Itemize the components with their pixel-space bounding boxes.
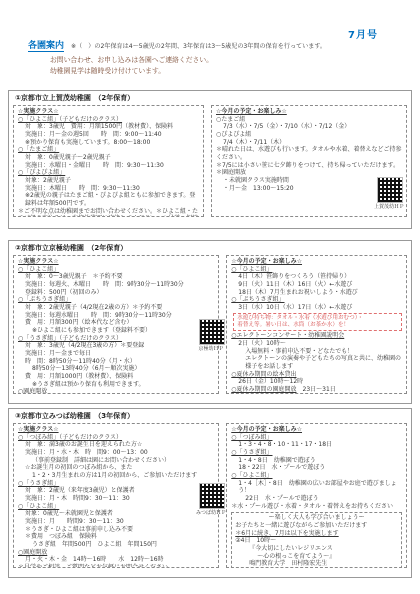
text-line: エレクトーンの演奏や子どもたちの写真と共に、幼稚園の様子をお話します bbox=[231, 355, 402, 370]
text-line: 8時50分～13時40分（6月～順次実施） bbox=[18, 365, 214, 373]
classes-box: ☆実施クラス☆○「ひよこ組」対 象：0～3歳児親子 ＊予約不要実施日：毎週火、木… bbox=[13, 255, 219, 394]
text-line: ＊水・プール遊び・水着・タオル・着替えをお持ちください bbox=[231, 503, 402, 511]
schedule-box: ☆今月の予定・お楽しみ☆○「ひよこ組」4日（木）笹飾りをつくろう（笹持帰り）9日… bbox=[226, 255, 407, 394]
qr-label: みつば幼ＨＰ bbox=[191, 509, 231, 516]
text-line: 4日（木）笹飾りをつくろう（笹持帰り） bbox=[231, 273, 402, 281]
section-mitsuba-kindergarten: ③京都市立みつば幼稚園 （3年保育） ☆実施クラス☆○「つぼみ組」（子どもだけの… bbox=[8, 408, 412, 578]
section-title: ①京都市立上賀茂幼稚園 （2年保育） bbox=[15, 93, 407, 103]
text-line: 対 象：2歳児（来年度3歳児）と保護者 bbox=[18, 487, 214, 495]
adult-learning-box: ー楽しく大人も学び合いましょうーお子たちと一緒に遊びながらご参加いただけます＊6… bbox=[231, 512, 402, 568]
text-line: 1・2・3月生まれの方は1月の初回から、ご参加いただけます bbox=[18, 472, 214, 480]
text-line: 1・3・4・8・10・11・17・18日 bbox=[231, 441, 402, 449]
text-line: ○「ぴよぴよ組」 bbox=[18, 169, 199, 177]
text-line: ○夏休み期間の園庭開放 23日～31日 bbox=[231, 386, 402, 394]
text-heading: ○夏休み期間の園庭開放 bbox=[231, 386, 296, 393]
text-line: 実施日：月・水・木 時 間9：00～13：00 bbox=[18, 449, 214, 457]
text-line: 2日（火）10時～ bbox=[231, 340, 402, 348]
text-line: 実施日：月～金まで毎日 bbox=[18, 350, 214, 358]
classes-box: ☆実施クラス☆○「つぼみ組」（子どもだけのクラス）対 象：満3歳のお誕生日を迎え… bbox=[13, 423, 219, 568]
text-line: ○「ぷちうさぎ組」 bbox=[18, 296, 214, 304]
text-line: ☆今月の予定・お楽しみ☆ bbox=[231, 258, 402, 266]
text-line: ○「つぼみ組」 bbox=[231, 434, 402, 442]
text-line: 実施日：毎週火、木曜日 時 間：9時30分～11時30分 bbox=[18, 281, 214, 289]
contact-line: 幼稚園見学は随時受け付けています。 bbox=[50, 66, 213, 77]
text-line: ＊園庭開放 bbox=[216, 169, 402, 177]
text-line: ＊費用 つぼみ組 保険料 bbox=[18, 533, 214, 541]
header-note: ※（ ）の2年保育は4～5歳児の2年間、3年保育は3～5歳児の3年間の保育を行っ… bbox=[71, 41, 326, 50]
text-line: 実施日：月～金の週5回 時 間：9:00～11:40 bbox=[18, 131, 199, 139]
text-line: ＊見学やご相談、ご質問などお気軽にお問合せください。 bbox=[18, 564, 214, 568]
text-line: ○園庭開放 bbox=[18, 388, 214, 394]
qr-code-icon bbox=[199, 319, 225, 345]
text-line: 対 象：2歳児親子（4/2現在2歳の方）＊予約不要 bbox=[18, 304, 214, 312]
text-line: 3日（水）10日（水）17日（水）←水遊び bbox=[231, 304, 402, 312]
section-title: ③京都市立みつば幼稚園 （3年保育） bbox=[15, 411, 407, 421]
page-title: 各園案内 bbox=[28, 38, 64, 52]
text-line: ・月～金 13:00～15:20 bbox=[216, 185, 402, 193]
header: 各園案内 ※（ ）の2年保育は4～5歳児の2年間、3年保育は3～5歳児の3年間の… bbox=[28, 38, 408, 52]
text-line: 7/3（水）・7/5（金）・7/10（水）・7/12（金） bbox=[216, 123, 402, 131]
qr-code-icon bbox=[377, 177, 403, 203]
text-line: ○「ひよこ組」 bbox=[231, 472, 402, 480]
text-line: 対象：2歳児親子 bbox=[18, 177, 199, 185]
text-line: ☆今月の予定・お楽しみ☆ bbox=[216, 108, 402, 116]
contact-note: お問い合わせ、お申し込みは各園へご連絡ください。 幼稚園見学は随時受け付けていま… bbox=[50, 55, 213, 76]
text-line: ・未就園クラス実施時間 bbox=[216, 177, 402, 185]
text-line: 費 用：月額1000円（教材費）、保険料 bbox=[18, 373, 214, 381]
text-line: 実施日：月・木 時間9：30～11：30 bbox=[18, 495, 214, 503]
text-line: ー楽しく大人も学び合いましょうー bbox=[235, 514, 398, 522]
schedule-main: ☆今月の予定・お楽しみ☆○「つぼみ組」1・3・4・8・10・11・17・18日○… bbox=[231, 426, 402, 510]
text-line: ※ひよこ組にも参加できます（登録料不要） bbox=[18, 327, 214, 335]
text-line: 鳴門教育大学 田村隆宏先生 bbox=[235, 560, 398, 568]
qr-label: 上賀茂幼ＨＰ bbox=[369, 203, 409, 210]
text-line: うさぎ組 年間500円 ひよこ組 年間150円 bbox=[18, 541, 214, 549]
text-line: 対 象：0歳児親子～2歳児親子 bbox=[18, 154, 199, 162]
text-line: 対 象：0～3歳児親子 ＊予約不要 bbox=[18, 273, 214, 281]
text-line: ☆実施クラス☆ bbox=[18, 426, 214, 434]
qr-label: 京極幼ＨＰ bbox=[191, 345, 231, 352]
qr-code-icon bbox=[199, 483, 225, 509]
text-line: 26日（金）10時～12時 bbox=[231, 378, 402, 386]
section-columns: ☆実施クラス☆○「ひよこ組」（子どもだけのクラス）対 象：3歳児 費用：月額15… bbox=[13, 105, 407, 217]
text-line: 『今大切にしたいレジリエンス bbox=[235, 545, 398, 553]
section-title: ②京都市立京極幼稚園 （2年保育） bbox=[15, 243, 407, 253]
text-line: ○「うさぎ組」 bbox=[231, 449, 402, 457]
classes-box: ☆実施クラス☆○「ひよこ組」（子どもだけのクラス）対 象：3歳児 費用：月額15… bbox=[13, 105, 204, 217]
pool-supplies-note: 水遊び持ち物：タオル・水着（水遊び用おむつ）・ 着替え等。暑い日は、水筒（お茶か… bbox=[233, 313, 402, 332]
text-line: 1・4［木］・8日 幼稚園の広いお部屋やお庭で遊びましょう！ bbox=[231, 480, 402, 495]
text-line: ＊晴れた日は、水遊びも行います。タオルや水着、着替えなどご持参ください。 bbox=[216, 146, 402, 161]
text-line: 月・火・木・金 14時～16時 水 12時～16時 bbox=[18, 556, 214, 564]
text-line: ○「ぷちうさぎ組」 bbox=[231, 296, 402, 304]
text-line: ☆実施クラス☆ bbox=[18, 108, 199, 116]
contact-line: お問い合わせ、お申し込みは各園へご連絡ください。 bbox=[50, 55, 213, 66]
text-line: 対 象：3歳児（4/2現在3歳の方）＊要登録 bbox=[18, 342, 214, 350]
text-line: ※うさぎ組は預かり保育も利用できます。 bbox=[18, 381, 214, 389]
schedule-box: ☆今月の予定・お楽しみ☆○「つぼみ組」1・3・4・8・10・11・17・18日○… bbox=[226, 423, 407, 568]
text-line: ○ぴよぴよ組 bbox=[216, 131, 402, 139]
text-line: ☆今月の予定・お楽しみ☆ bbox=[231, 426, 402, 434]
text-line: ○エレクトーンコンサート・幼稚園説明会 bbox=[231, 332, 402, 340]
section-kamigamo-kindergarten: ①京都市立上賀茂幼稚園 （2年保育） ☆実施クラス☆○「ひよこ組」（子どもだけの… bbox=[8, 90, 412, 229]
text-line: 対象：0歳児～未就園児と保護者 bbox=[18, 510, 214, 518]
text-line: ＊ご不明な点は幼稚園までお問い合わせください。＊ひよこ組・たまご組の申込みは、直… bbox=[18, 208, 199, 217]
text-line: 9日（火）11日（木）16日（火）←水遊び bbox=[231, 281, 402, 289]
text-line: ☆お誕生月の初回のつぼみ組から、また bbox=[18, 464, 214, 472]
section-kyogoku-kindergarten: ②京都市立京極幼稚園 （2年保育） ☆実施クラス☆○「ひよこ組」対 象：0～3歳… bbox=[8, 240, 412, 404]
text-line: 対 象：3歳児 費用：月額1500円（教材費）、保険料 bbox=[18, 123, 199, 131]
text-line: 18・22日 水・プールで遊ぼう bbox=[231, 464, 402, 472]
text-line: ☆実施クラス☆ bbox=[18, 258, 214, 266]
text-line: ②4日 10時～ bbox=[235, 537, 398, 545]
text-line: 実施日：月 時間9：30～11：30 bbox=[18, 518, 214, 526]
newsletter-page: 7月号 各園案内 ※（ ）の2年保育は4～5歳児の2年間、3年保育は3～5歳児の… bbox=[0, 0, 420, 594]
text-line: お子たちと一緒に遊びながらご参加いただけます bbox=[235, 522, 398, 530]
text-line: ○「たまご組」 bbox=[18, 146, 199, 154]
text-line: 22日 水・プールで遊ぼう bbox=[231, 495, 402, 503]
text-line: ※2歳児の親子はたまご組・ぴよぴよ組ともに参加できます。登録料は年額500円です… bbox=[18, 192, 199, 207]
text-line: 費 用：月額300円（絵本代など含む） bbox=[18, 319, 214, 327]
text-line: 対 象：満3歳のお誕生日を迎えられた方☆ bbox=[18, 441, 214, 449]
